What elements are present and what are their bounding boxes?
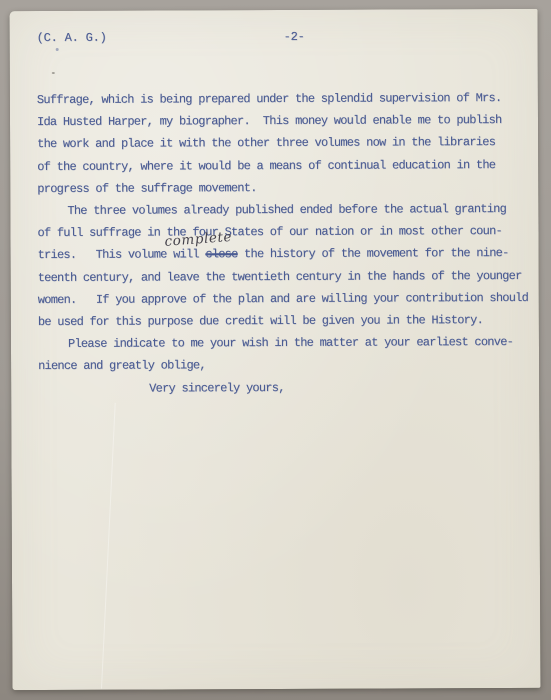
- letter-body: Suffrage, which is being prepared under …: [37, 87, 536, 400]
- letter-line: The three volumes already published ende…: [37, 198, 535, 222]
- letter-line: Please indicate to me your wish in the m…: [38, 331, 536, 355]
- line-segment-before: tries. This volume will: [38, 248, 206, 263]
- paper-crease: [101, 403, 116, 689]
- letter-line: Ida Husted Harper, my biographer. This m…: [37, 109, 535, 133]
- letter-paper: (C. A. G.) -2- Suffrage, which is being …: [10, 9, 541, 690]
- letter-line: progress of the suffrage movement.: [37, 176, 535, 200]
- ink-speck: [52, 72, 55, 74]
- ink-speck: [56, 48, 59, 51]
- letter-line: be used for this purpose due credit will…: [38, 309, 536, 333]
- signature-line: Very sincerely yours,: [38, 376, 536, 400]
- letter-line: women. If you approve of the plan and ar…: [38, 287, 536, 311]
- scanned-letter-page: { "header": { "reference": "(C. A. G.)",…: [0, 0, 551, 700]
- letter-line: Suffrage, which is being prepared under …: [37, 87, 535, 111]
- page-number: -2-: [284, 30, 305, 44]
- struck-word-text: close: [205, 248, 237, 262]
- letter-line-with-correction: tries. This volume will closecomplete th…: [38, 242, 536, 266]
- letter-line: of the country, where it would be a mean…: [37, 153, 535, 177]
- header-reference: (C. A. G.): [37, 31, 107, 45]
- letter-line: of full suffrage in the four States of o…: [37, 220, 535, 244]
- letter-line: nience and greatly oblige,: [38, 353, 536, 377]
- letter-line: teenth century, and leave the twentieth …: [38, 264, 536, 288]
- struck-word: closecomplete: [205, 248, 237, 262]
- line-segment-after: the history of the movement for the nine…: [238, 246, 509, 261]
- letter-line: the work and place it with the other thr…: [37, 131, 535, 155]
